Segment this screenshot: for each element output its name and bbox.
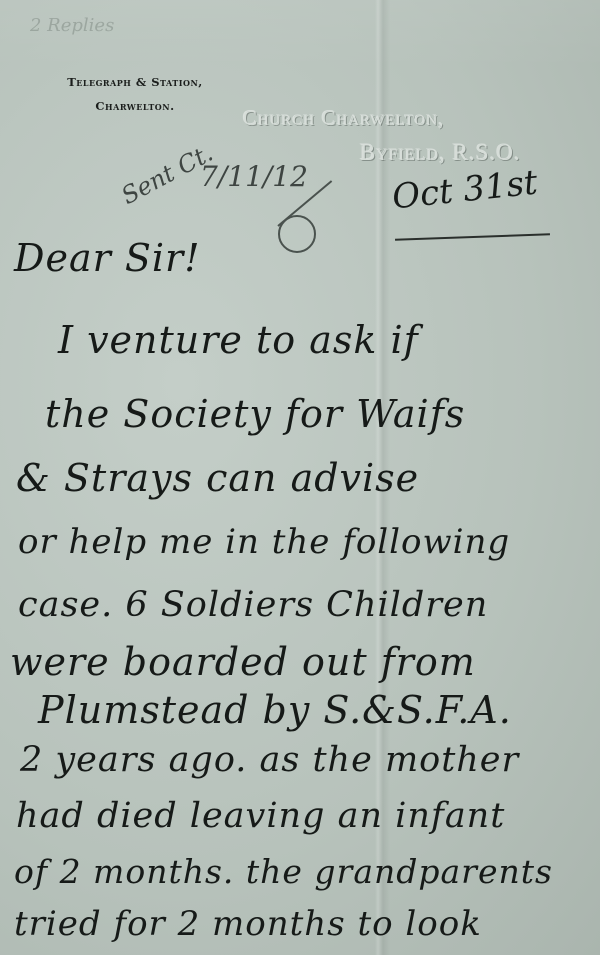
letter-line: or help me in the following — [18, 522, 510, 562]
letter-line: were boarded out from — [10, 640, 476, 684]
letter-line: 2 years ago. as the mother — [20, 740, 519, 780]
letter-page: 2 Replies Telegraph & Station, Charwelto… — [0, 0, 600, 955]
letter-line: tried for 2 months to look — [14, 904, 482, 944]
sent-date-annotation: 7/11/12 — [200, 160, 308, 193]
faint-pencil-note: 2 Replies — [30, 15, 114, 36]
letter-line: Plumstead by S.&S.F.A. — [38, 688, 512, 732]
letter-line: I venture to ask if — [58, 318, 419, 362]
letterhead-telegraph-station: Telegraph & Station, — [45, 75, 225, 89]
letter-line: of 2 months. the grandparents — [14, 852, 553, 891]
salutation: Dear Sir! — [14, 236, 200, 280]
letter-line: & Strays can advise — [16, 456, 419, 500]
date-underline — [395, 233, 550, 240]
printed-letterhead: Telegraph & Station, Charwelton. — [45, 75, 225, 113]
letter-line: had died leaving an infant — [16, 796, 505, 836]
letterhead-charwelton: Charwelton. — [45, 99, 225, 113]
letter-line: case. 6 Soldiers Children — [18, 585, 488, 625]
embossed-address-line1: Church Charwelton, — [243, 106, 445, 131]
letter-line: the Society for Waifs — [45, 392, 465, 436]
embossed-address-line2: Byfield, R.S.O. — [360, 140, 521, 166]
letter-date: Oct 31st — [390, 162, 539, 217]
